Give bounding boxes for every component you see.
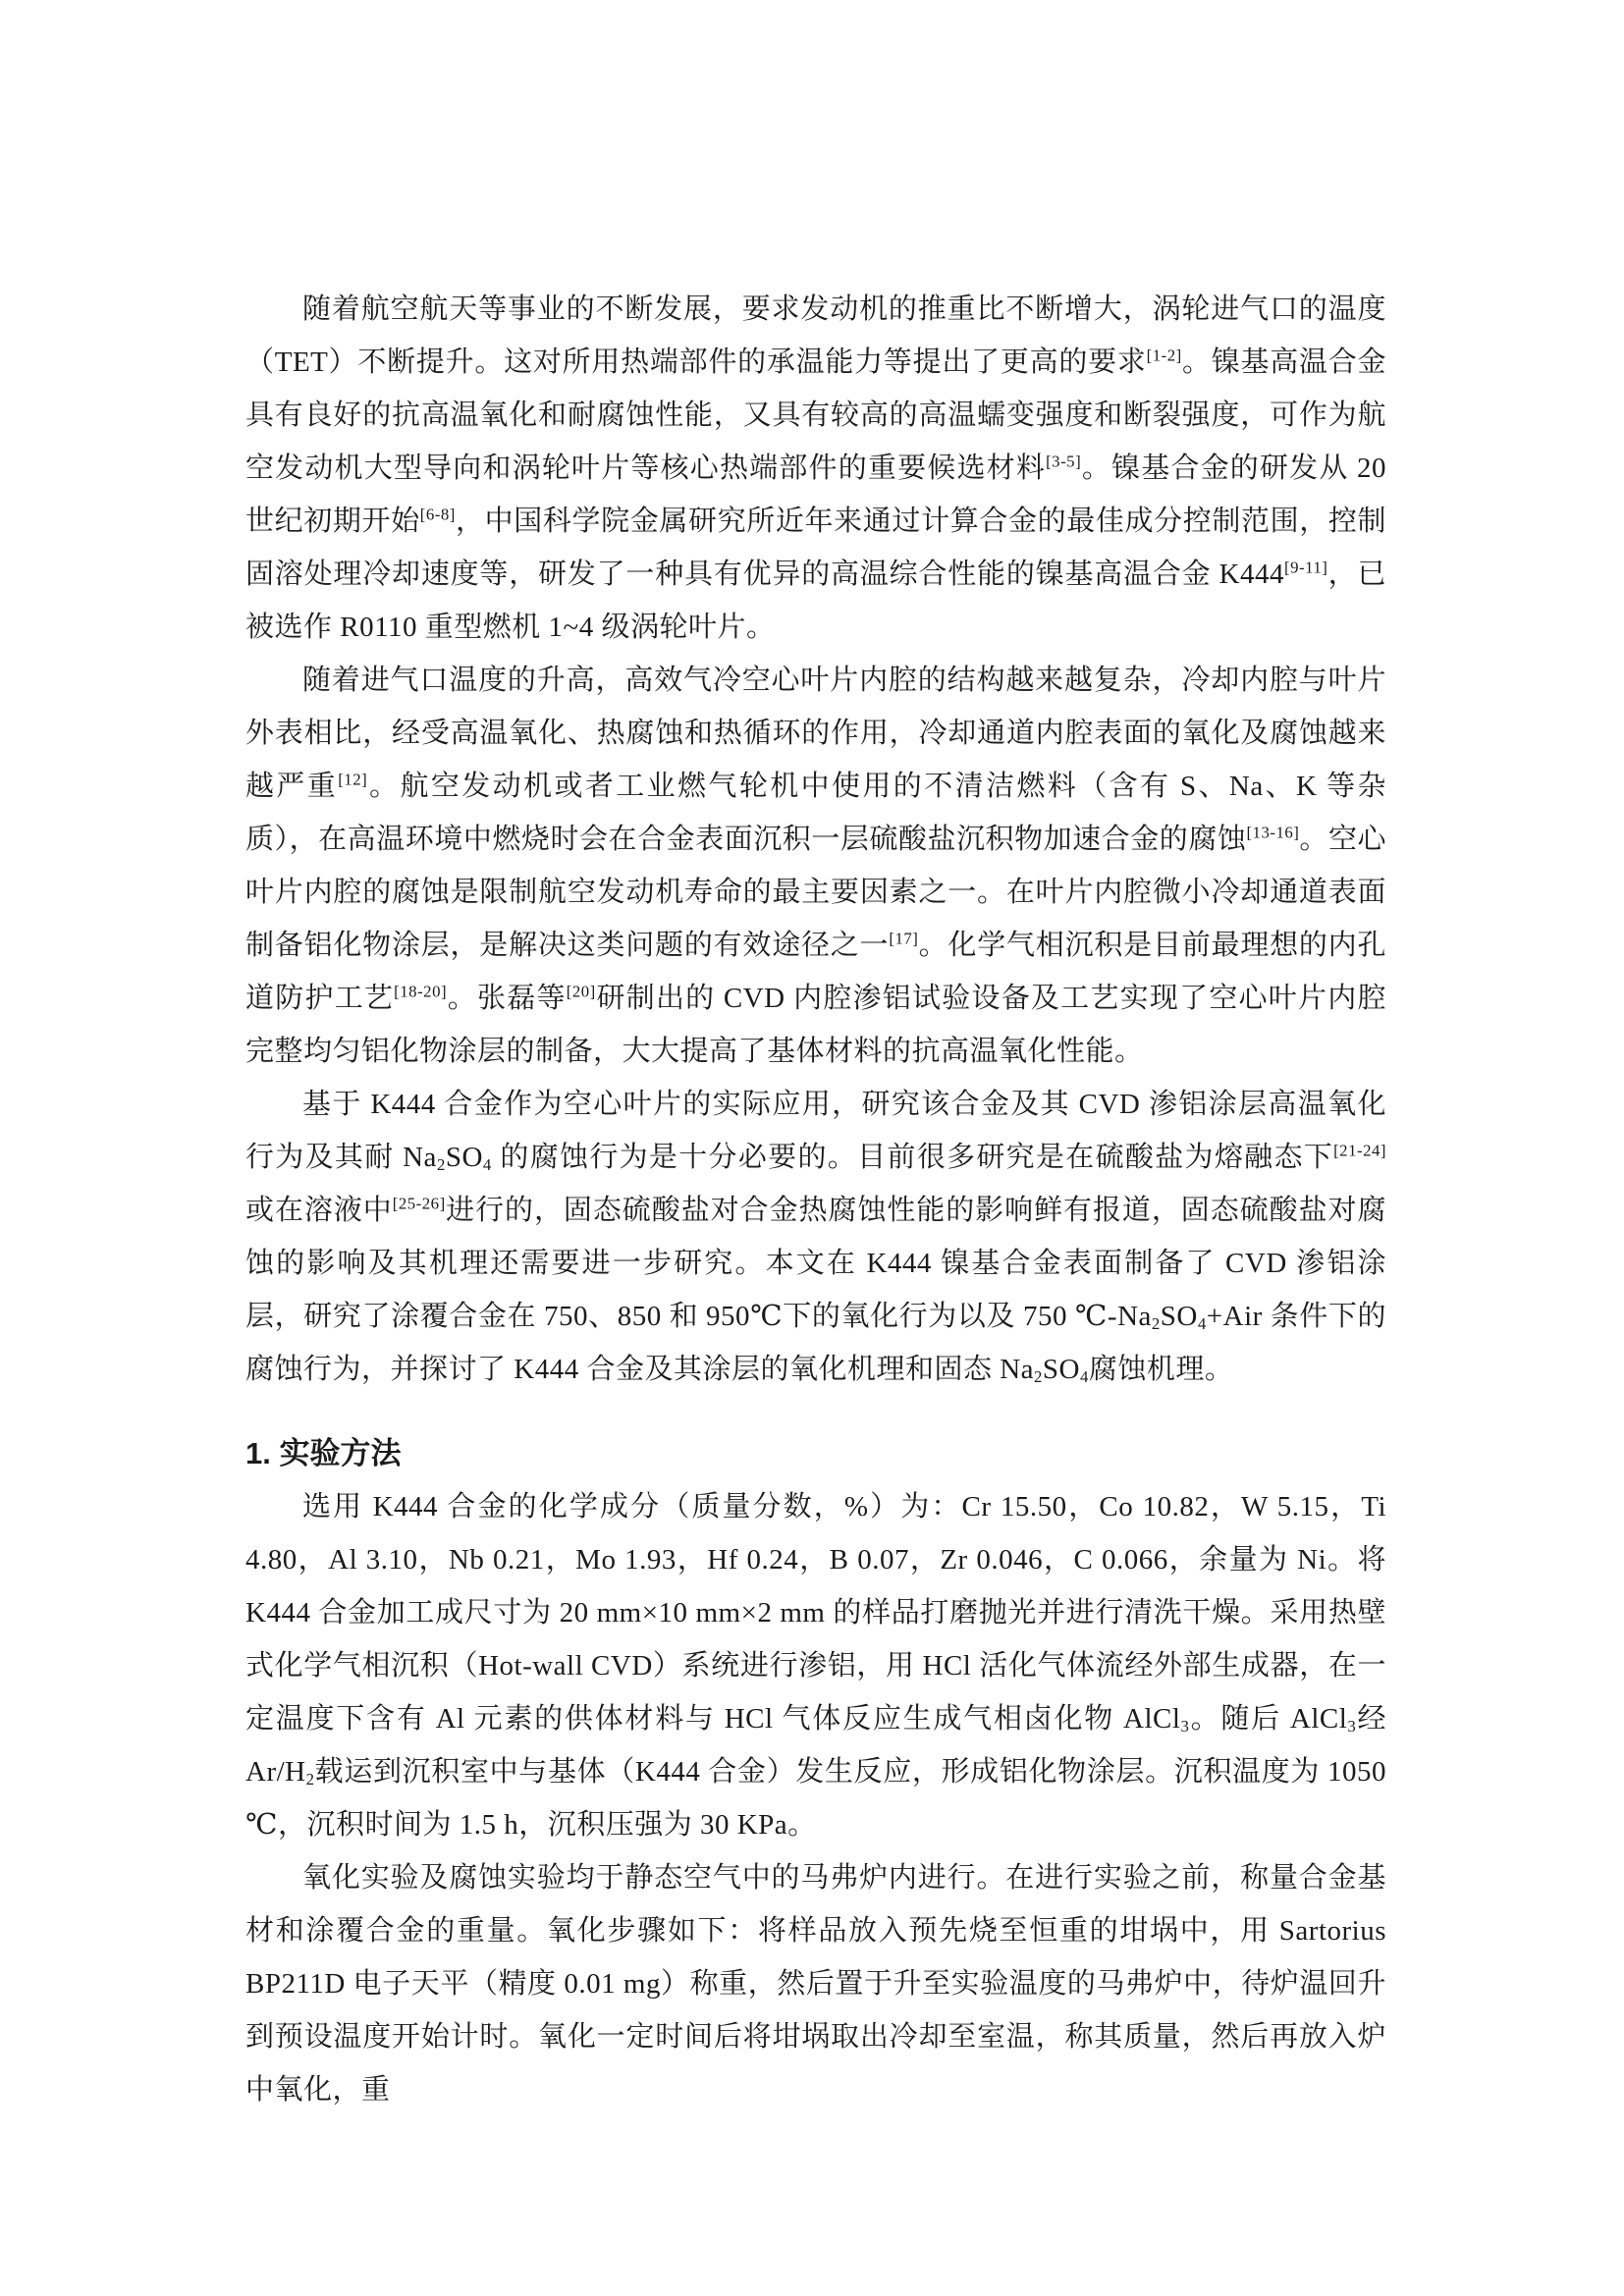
chemical-subscript: 2 bbox=[306, 1770, 315, 1789]
citation-reference: [17] bbox=[889, 929, 918, 947]
citation-reference: [9-11] bbox=[1284, 558, 1327, 576]
paragraph-methods-1: 选用 K444 合金的化学成分（质量分数，%）为：Cr 15.50，Co 10.… bbox=[245, 1480, 1386, 1851]
chemical-subscript: 2 bbox=[1152, 1314, 1161, 1333]
chemical-subscript: 2 bbox=[1034, 1367, 1043, 1386]
chemical-subscript: 4 bbox=[1198, 1314, 1207, 1333]
citation-reference: [20] bbox=[567, 982, 596, 1000]
chemical-subscript: 3 bbox=[1180, 1717, 1189, 1735]
citation-reference: [21-24] bbox=[1333, 1141, 1386, 1159]
citation-reference: [3-5] bbox=[1046, 452, 1081, 470]
paragraph-intro-1: 随着航空航天等事业的不断发展，要求发动机的推重比不断增大，涡轮进气口的温度（TE… bbox=[245, 283, 1386, 654]
citation-reference: [25-26] bbox=[393, 1194, 446, 1212]
paper-page: 随着航空航天等事业的不断发展，要求发动机的推重比不断增大，涡轮进气口的温度（TE… bbox=[0, 0, 1624, 2296]
citation-reference: [1-2] bbox=[1147, 346, 1182, 364]
citation-reference: [12] bbox=[338, 770, 367, 788]
citation-reference: [6-8] bbox=[420, 505, 456, 523]
citation-reference: [18-20] bbox=[394, 982, 447, 1000]
chemical-subscript: 3 bbox=[1347, 1717, 1356, 1735]
chemical-subscript: 4 bbox=[483, 1155, 492, 1174]
chemical-subscript: 2 bbox=[437, 1155, 446, 1174]
section-1-heading: 1. 实验方法 bbox=[245, 1427, 1386, 1480]
paragraph-intro-3: 基于 K444 合金作为空心叶片的实际应用，研究该合金及其 CVD 渗铝涂层高温… bbox=[245, 1078, 1386, 1396]
chemical-subscript: 4 bbox=[1080, 1367, 1089, 1386]
paragraph-methods-2: 氧化实验及腐蚀实验均于静态空气中的马弗炉内进行。在进行实验之前，称量合金基材和涂… bbox=[245, 1851, 1386, 2116]
paragraph-intro-2: 随着进气口温度的升高，高效气冷空心叶片内腔的结构越来越复杂，冷却内腔与叶片外表相… bbox=[245, 654, 1386, 1078]
citation-reference: [13-16] bbox=[1246, 823, 1299, 841]
paper-body: 随着航空航天等事业的不断发展，要求发动机的推重比不断增大，涡轮进气口的温度（TE… bbox=[245, 283, 1386, 2116]
